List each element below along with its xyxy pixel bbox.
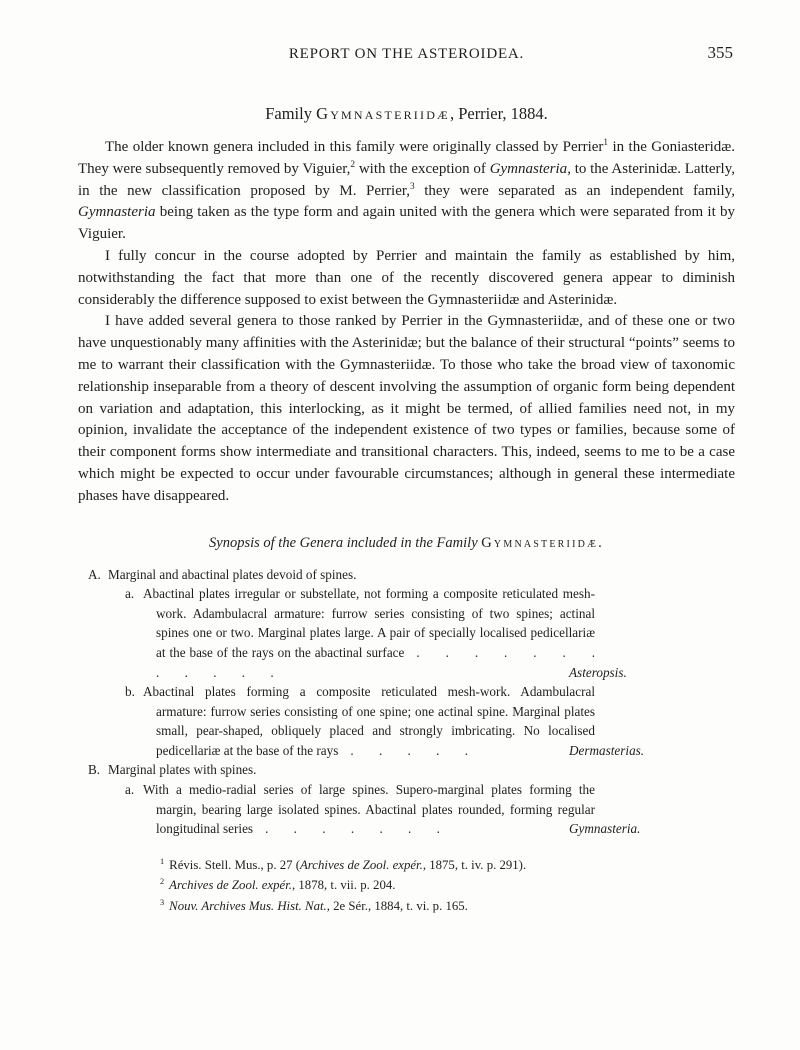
leader-dots: . . . . . — [338, 743, 468, 758]
family-heading: Family Gymnasteriidæ, Perrier, 1884. — [78, 104, 735, 124]
synopsis-item-A-b: b.Abactinal plates forming a composite r… — [78, 682, 735, 760]
genus-gymnasteria: Gymnasteria. — [600, 819, 640, 839]
footnote-marker: 3 — [160, 898, 164, 907]
synopsis-item-A-a: a.Abactinal plates irregular or substell… — [78, 584, 735, 682]
item-marker: A. — [88, 565, 108, 585]
genus-dermasterias: Dermasterias. — [600, 741, 644, 761]
item-text: Marginal plates with spines. — [108, 762, 256, 777]
running-title: REPORT ON THE ASTEROIDEA. — [78, 46, 735, 63]
footnote-marker: 1 — [160, 857, 164, 866]
page-number: 355 — [708, 43, 734, 63]
item-marker: b. — [125, 682, 143, 702]
page-header: REPORT ON THE ASTEROIDEA. 355 — [78, 46, 735, 66]
synopsis-item-B-a: a.With a medio-radial series of large sp… — [78, 780, 735, 839]
footnote-3: 3Nouv. Archives Mus. Hist. Nat., 2e Sér.… — [160, 896, 735, 917]
paragraph-1: The older known genera included in this … — [78, 137, 735, 246]
body-text: The older known genera included in this … — [78, 137, 735, 508]
leader-dots: . . . . . . . — [253, 821, 440, 836]
item-marker: B. — [88, 760, 108, 780]
synopsis-item-A: A.Marginal and abactinal plates devoid o… — [78, 565, 735, 585]
paragraph-2: I fully concur in the course adopted by … — [78, 246, 735, 311]
item-text: Marginal and abactinal plates devoid of … — [108, 567, 356, 582]
scanned-page: REPORT ON THE ASTEROIDEA. 355 Family Gym… — [0, 0, 800, 916]
footnote-2: 2Archives de Zool. expér., 1878, t. vii.… — [160, 875, 735, 896]
item-marker: a. — [125, 584, 143, 604]
synopsis-heading: Synopsis of the Genera included in the F… — [78, 535, 735, 552]
synopsis-list: A.Marginal and abactinal plates devoid o… — [78, 565, 735, 839]
footnote-1: 1Révis. Stell. Mus., p. 27 (Archives de … — [160, 855, 735, 876]
genus-asteropsis: Asteropsis. — [600, 663, 627, 683]
footnote-text: Archives de Zool. expér., 1878, t. vii. … — [169, 878, 395, 892]
paragraph-3: I have added several genera to those ran… — [78, 311, 735, 507]
footnote-text: Révis. Stell. Mus., p. 27 (Archives de Z… — [169, 858, 526, 872]
footnote-marker: 2 — [160, 877, 164, 886]
footnote-text: Nouv. Archives Mus. Hist. Nat., 2e Sér.,… — [169, 899, 468, 913]
synopsis-item-B: B.Marginal plates with spines. — [78, 760, 735, 780]
item-marker: a. — [125, 780, 143, 800]
footnotes: 1Révis. Stell. Mus., p. 27 (Archives de … — [78, 855, 735, 917]
